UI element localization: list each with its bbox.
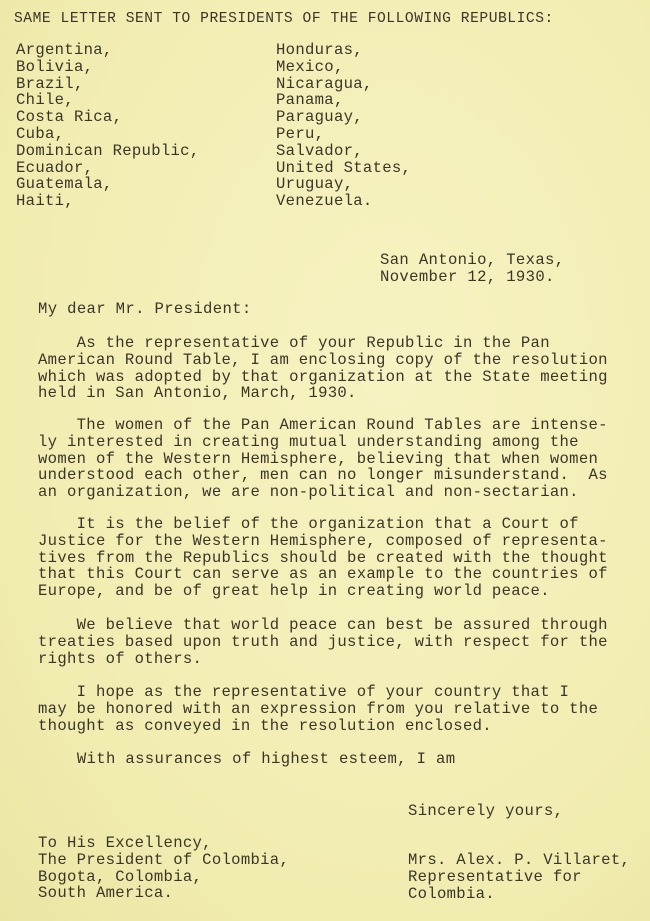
letter-place: San Antonio, Texas, — [380, 252, 564, 269]
paragraph-line: women of the Western Hemisphere, believi… — [38, 451, 608, 468]
paragraph-line: I hope as the representative of your cou… — [38, 684, 598, 701]
paragraph-2: The women of the Pan American Round Tabl… — [38, 417, 608, 501]
republic-item: Peru, — [276, 126, 411, 143]
salutation: My dear Mr. President: — [38, 301, 252, 318]
republic-item: Mexico, — [276, 59, 411, 76]
paragraph-line: Justice for the Western Hemisphere, comp… — [38, 533, 608, 550]
paragraph-line: We believe that world peace can best be … — [38, 617, 608, 634]
addressee-block: To His Excellency, The President of Colo… — [38, 835, 289, 902]
paragraph-line: that this Court can serve as an example … — [38, 566, 608, 583]
republic-item: Argentina, — [16, 42, 200, 59]
paragraph-line: held in San Antonio, March, 1930. — [38, 385, 608, 402]
paragraph-line: ly interested in creating mutual underst… — [38, 434, 608, 451]
signature-block: Mrs. Alex. P. Villaret, Representative f… — [408, 852, 630, 902]
paragraph-line: Europe, and be of great help in creating… — [38, 583, 608, 600]
paragraph-line: which was adopted by that organization a… — [38, 369, 608, 386]
republics-left-column: Argentina, Bolivia, Brazil, Chile, Costa… — [16, 42, 200, 210]
paragraph-line: It is the belief of the organization tha… — [38, 516, 608, 533]
paragraph-line: tives from the Republics should be creat… — [38, 550, 608, 567]
paragraph-line: rights of others. — [38, 651, 608, 668]
republic-item: Venezuela. — [276, 193, 411, 210]
paragraph-line: American Round Table, I am enclosing cop… — [38, 352, 608, 369]
paragraph-line: treaties based upon truth and justice, w… — [38, 634, 608, 651]
republic-item: Dominican Republic, — [16, 143, 200, 160]
republic-item: Chile, — [16, 92, 200, 109]
republic-item: Paraguay, — [276, 109, 411, 126]
republic-item: Costa Rica, — [16, 109, 200, 126]
republic-item: Bolivia, — [16, 59, 200, 76]
republic-item: Honduras, — [276, 42, 411, 59]
paragraph-5: I hope as the representative of your cou… — [38, 684, 598, 734]
paragraph-1: As the representative of your Republic i… — [38, 335, 608, 402]
paragraph-line: an organization, we are non-political an… — [38, 484, 608, 501]
complimentary-close: Sincerely yours, — [408, 803, 563, 820]
signature-line: Representative for — [408, 869, 630, 886]
header-line: SAME LETTER SENT TO PRESIDENTS OF THE FO… — [14, 11, 554, 28]
republics-right-column: Honduras, Mexico, Nicaragua, Panama, Par… — [276, 42, 411, 210]
signature-line: Mrs. Alex. P. Villaret, — [408, 852, 630, 869]
addressee-line: South America. — [38, 885, 289, 902]
paragraph-4: We believe that world peace can best be … — [38, 617, 608, 667]
paragraph-line: The women of the Pan American Round Tabl… — [38, 417, 608, 434]
paragraph-line: understood each other, men can no longer… — [38, 467, 608, 484]
republic-item: Salvador, — [276, 143, 411, 160]
letter-date: November 12, 1930. — [380, 269, 555, 286]
closing-line: With assurances of highest esteem, I am — [38, 751, 455, 768]
paragraph-line: thought as conveyed in the resolution en… — [38, 718, 598, 735]
republic-item: Brazil, — [16, 76, 200, 93]
republic-item: Uruguay, — [276, 176, 411, 193]
addressee-line: To His Excellency, — [38, 835, 289, 852]
paragraph-3: It is the belief of the organization tha… — [38, 516, 608, 600]
republic-item: Cuba, — [16, 126, 200, 143]
republic-item: Panama, — [276, 92, 411, 109]
republic-item: Nicaragua, — [276, 76, 411, 93]
paragraph-line: As the representative of your Republic i… — [38, 335, 608, 352]
republic-item: Ecuador, — [16, 160, 200, 177]
addressee-line: The President of Colombia, — [38, 852, 289, 869]
republic-item: Guatemala, — [16, 176, 200, 193]
republic-item: United States, — [276, 160, 411, 177]
republic-item: Haiti, — [16, 193, 200, 210]
signature-line: Colombia. — [408, 886, 630, 903]
paragraph-line: may be honored with an expression from y… — [38, 701, 598, 718]
addressee-line: Bogota, Colombia, — [38, 869, 289, 886]
